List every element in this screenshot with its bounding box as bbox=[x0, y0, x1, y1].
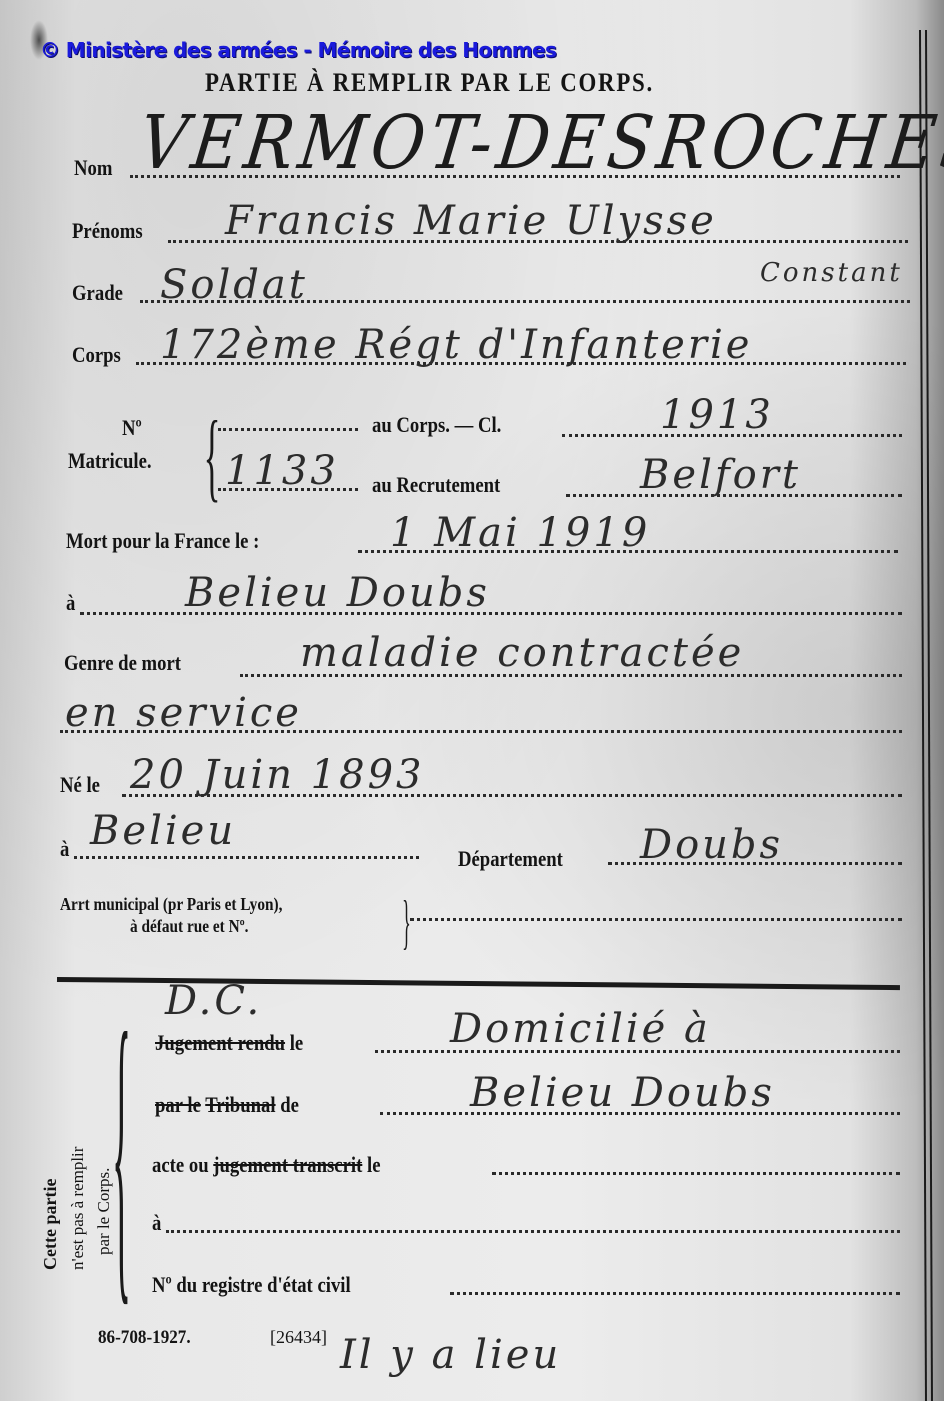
label-prenoms: Prénoms bbox=[72, 218, 143, 244]
label-acte-a: à bbox=[152, 1210, 161, 1236]
label-tribunal-par-le: par le bbox=[155, 1092, 201, 1117]
value-prenoms-extra: Constant bbox=[760, 258, 903, 288]
copyright-watermark: © Ministère des armées - Mémoire des Hom… bbox=[40, 38, 556, 62]
value-genre-de-mort-line2: en service bbox=[65, 690, 302, 736]
print-code: 86-708-1927. bbox=[98, 1327, 191, 1349]
label-grade: Grade bbox=[72, 280, 123, 306]
label-ne-a: à bbox=[60, 836, 69, 862]
handwritten-note: Il y a lieu bbox=[340, 1332, 561, 1378]
label-genre-de-mort: Genre de mort bbox=[64, 650, 181, 676]
label-acte-le: le bbox=[367, 1152, 381, 1177]
label-tribunal: par le Tribunal de bbox=[155, 1092, 299, 1118]
value-ne-le: 20 Juin 1893 bbox=[130, 752, 424, 798]
label-no: Nº bbox=[122, 415, 142, 441]
line-matricule-corps bbox=[218, 428, 358, 431]
label-au-corps: au Corps. — Cl. bbox=[372, 412, 501, 438]
value-jugement-rendu: Domicilié à bbox=[450, 1006, 711, 1052]
lower-section-brace: { bbox=[112, 985, 131, 1315]
value-departement: Doubs bbox=[640, 822, 783, 868]
line-arrondissement bbox=[410, 918, 902, 921]
value-genre-de-mort: maladie contractée bbox=[300, 630, 744, 676]
scan-margin bbox=[0, 1401, 944, 1417]
value-grade: Soldat bbox=[160, 262, 308, 308]
label-arrondissement-2: à défaut rue et Nº. bbox=[130, 916, 249, 937]
value-corps: 172ème Régt d'Infanterie bbox=[160, 322, 752, 368]
reference-number: [26434] bbox=[270, 1327, 327, 1348]
annotation-dc: D.C. bbox=[165, 978, 262, 1024]
line-ne-a bbox=[74, 856, 419, 859]
label-jugement-rendu-le: le bbox=[290, 1030, 304, 1055]
value-mort-a: Belieu Doubs bbox=[185, 570, 490, 616]
value-matricule-number: 1133 bbox=[225, 448, 339, 494]
side-note-line-2: n'est pas à remplir bbox=[68, 1147, 88, 1270]
label-registre: Nº du registre d'état civil bbox=[152, 1272, 351, 1298]
matricule-brace: { bbox=[204, 398, 221, 513]
label-jugement-rendu-struck: Jugement rendu bbox=[155, 1030, 285, 1055]
line-registre bbox=[450, 1292, 900, 1295]
label-mort-a: à bbox=[66, 590, 75, 616]
value-prenoms: Francis Marie Ulysse bbox=[225, 198, 717, 244]
label-ne-le: Né le bbox=[60, 772, 100, 798]
value-classe: 1913 bbox=[660, 392, 774, 438]
label-jugement-rendu: Jugement rendu le bbox=[155, 1030, 303, 1056]
label-acte-ou: acte ou bbox=[152, 1152, 209, 1177]
label-departement: Département bbox=[458, 846, 563, 872]
form-header: PARTIE À REMPLIR PAR LE CORPS. bbox=[205, 68, 654, 98]
label-acte-struck: jugement transcrit bbox=[213, 1152, 362, 1177]
arrondissement-brace: } bbox=[402, 888, 411, 957]
label-matricule: Matricule. bbox=[68, 448, 152, 474]
label-corps: Corps bbox=[72, 342, 121, 368]
value-mort-le: 1 Mai 1919 bbox=[390, 510, 650, 556]
side-note-line-3: par le Corps. bbox=[94, 1168, 114, 1255]
label-tribunal-de: de bbox=[280, 1092, 299, 1117]
label-arrondissement-1: Arrt municipal (pr Paris et Lyon), bbox=[60, 894, 282, 915]
label-au-recrutement: au Recrutement bbox=[372, 472, 500, 498]
value-ne-a: Belieu bbox=[90, 808, 236, 854]
label-mort-le: Mort pour la France le : bbox=[66, 528, 259, 554]
line-acte-a bbox=[166, 1230, 900, 1233]
value-recrutement: Belfort bbox=[640, 452, 801, 498]
label-acte: acte ou jugement transcrit le bbox=[152, 1152, 381, 1178]
label-tribunal-struck: Tribunal bbox=[205, 1092, 275, 1117]
value-tribunal: Belieu Doubs bbox=[470, 1070, 775, 1116]
side-note-line-1: Cette partie bbox=[40, 1179, 61, 1270]
label-nom: Nom bbox=[74, 155, 112, 181]
value-nom: VERMOT-DESROCHES bbox=[135, 100, 944, 186]
line-acte bbox=[492, 1172, 900, 1175]
